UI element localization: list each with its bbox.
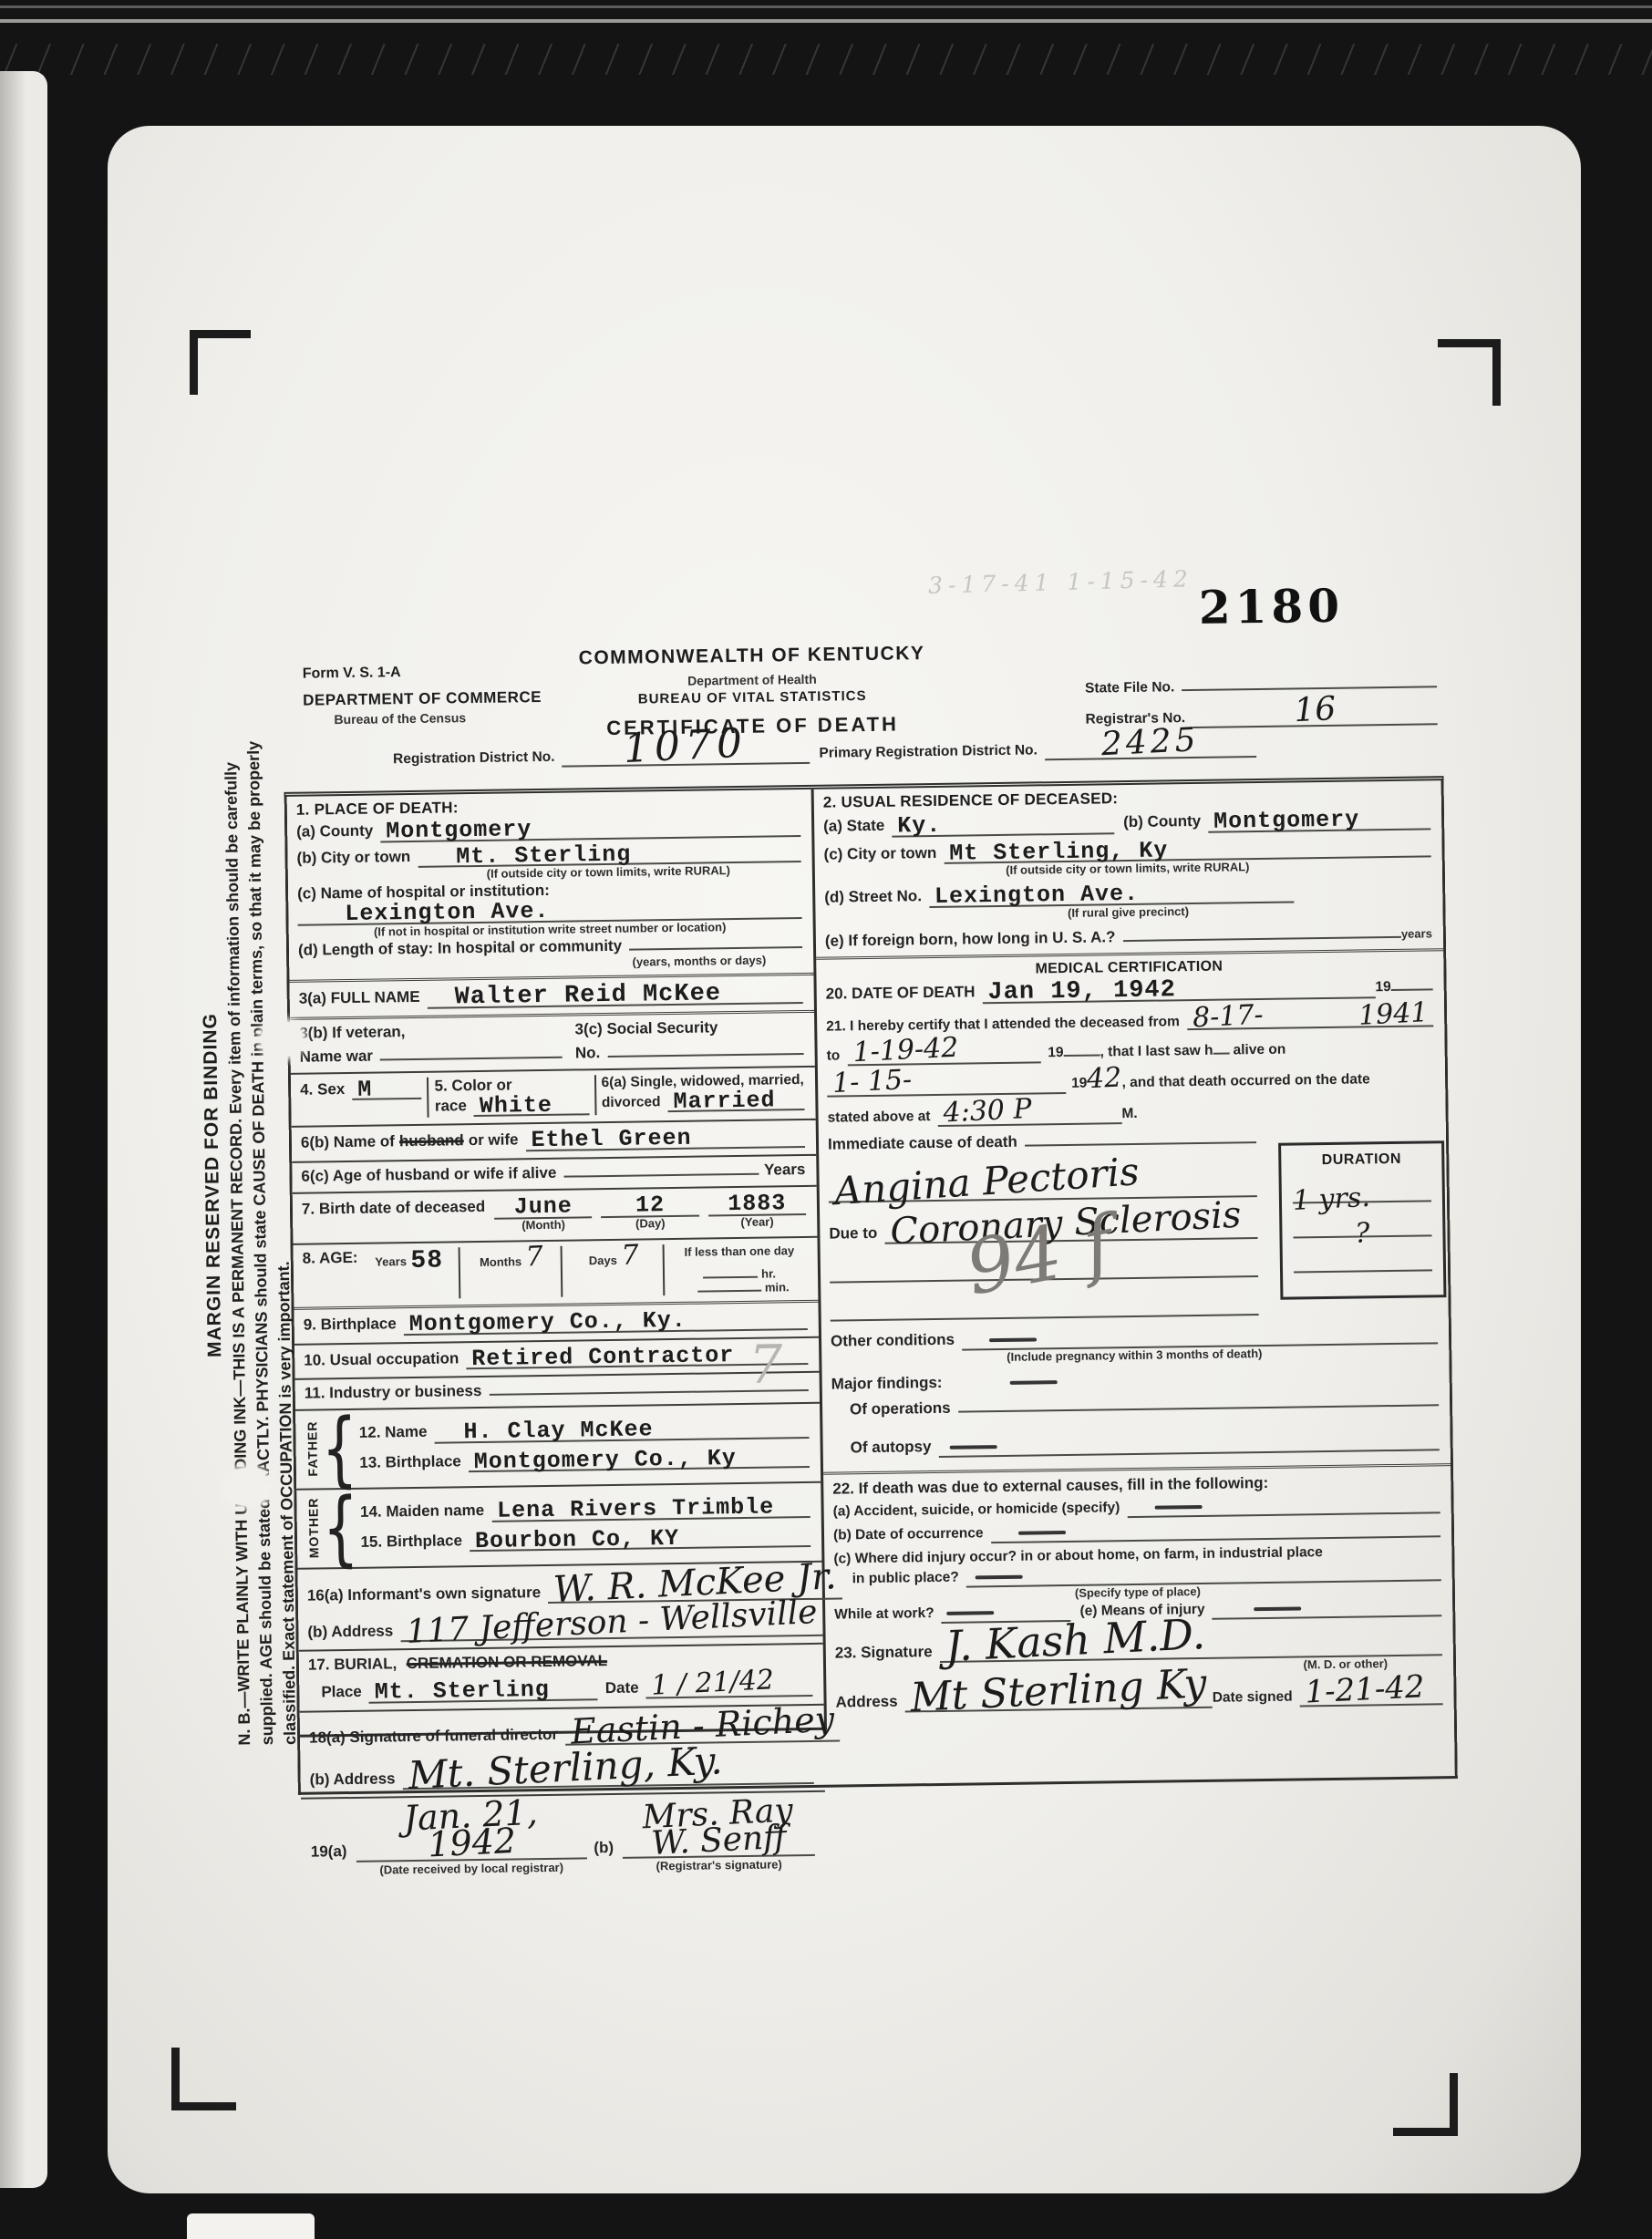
spouse-label-pre: 6(b) Name of	[301, 1133, 395, 1152]
duration-box: DURATION 1 yrs. ?	[1278, 1140, 1446, 1300]
burial-heading: 17. BURIAL,	[308, 1656, 398, 1674]
physician-addr-label: Address	[835, 1692, 897, 1711]
reg-district-label: Registration District No.	[393, 749, 555, 768]
right-column: 2. USUAL RESIDENCE OF DECEASED: (a) Stat…	[814, 780, 1455, 1784]
race-cell: 5. Color or race White	[428, 1075, 596, 1118]
death-certificate-form: MARGIN RESERVED FOR BINDING N. B.—WRITE …	[282, 619, 1458, 1795]
county-label: (a) County	[296, 822, 373, 841]
marital-label-2: divorced	[602, 1094, 661, 1111]
father-birthplace-label: 13. Birthplace	[359, 1452, 461, 1472]
death-time-value: 4:30 P	[937, 1099, 1121, 1127]
scan-hole-artifact	[224, 1468, 270, 1506]
certify-line3: , and that death occurred on the date	[1121, 1071, 1369, 1091]
registrar-b-label: (b)	[594, 1839, 614, 1857]
informant-sig-label: 16(a) Informant's own signature	[307, 1584, 542, 1605]
father-name-label: 12. Name	[359, 1423, 428, 1442]
section-informant: 16(a) Informant's own signature W. R. Mc…	[297, 1563, 822, 1652]
race-label-1: 5. Color or	[434, 1076, 511, 1094]
other-conditions-label: Other conditions	[831, 1331, 955, 1351]
bureau: Bureau of the Census	[334, 709, 542, 727]
age-label: 8. AGE:	[303, 1249, 359, 1301]
dept-of-health: Department of Health	[556, 670, 948, 690]
age-days-label: Days	[589, 1254, 617, 1267]
duration-heading: DURATION	[1281, 1150, 1441, 1169]
date-of-death-suffix: 19	[1375, 978, 1390, 995]
cause-label: Immediate cause of death	[828, 1133, 1017, 1154]
age-months-label: Months	[480, 1255, 521, 1270]
last-seen-year: 42	[1087, 1067, 1122, 1090]
registrar-date-note: (Date received by local registrar)	[379, 1861, 563, 1877]
section-registrar: 19(a) Jan. 21, 1942 (Date received by lo…	[301, 1792, 826, 1886]
burial-place-label: Place	[321, 1683, 362, 1702]
document-page: 3-17-41 1-15-42 MARGIN RESERVED FOR BIND…	[108, 126, 1581, 2193]
mother-birthplace-label: 15. Birthplace	[360, 1532, 462, 1552]
margin-nb-note: N. B.—WRITE PLAINLY WITH UNFADING INK—TH…	[219, 698, 302, 1746]
age-less-cell: If less than one day hr. min.	[672, 1243, 807, 1295]
external-c2-label: in public place?	[852, 1569, 959, 1587]
commonwealth-title: COMMONWEALTH OF KENTUCKY	[555, 643, 947, 670]
marital-value: Married	[667, 1089, 804, 1113]
burial-date-value: 1 / 21/42	[645, 1671, 812, 1699]
pen-dash	[989, 1337, 1037, 1342]
residence-street-label: (d) Street No.	[824, 887, 922, 906]
corner-mark-bottom-right	[1393, 2073, 1458, 2136]
pen-dash	[1154, 1505, 1202, 1510]
section-sex-race-marital: 4. Sex M 5. Color or race White 6(a) Sin…	[291, 1068, 816, 1129]
reg-district-value: 1070	[562, 728, 811, 768]
spouse-age-label: 6(c) Age of husband or wife if alive	[301, 1164, 556, 1186]
residence-foreign-blank	[1122, 930, 1401, 941]
cause-blank	[1025, 1136, 1256, 1147]
section-residence: 2. USUAL RESIDENCE OF DECEASED: (a) Stat…	[814, 780, 1444, 959]
form-number: Form V. S. 1-A	[303, 663, 542, 683]
department: DEPARTMENT OF COMMERCE	[303, 688, 542, 710]
mother-birthplace-value: Bourbon Co, KY	[470, 1525, 811, 1553]
external-a-blank	[1127, 1495, 1440, 1518]
pencil-mark: 7	[749, 1333, 783, 1396]
autopsy-label: Of autopsy	[851, 1438, 932, 1457]
residence-county-value: Montgomery	[1208, 807, 1430, 832]
form-body: 1. PLACE OF DEATH: (a) County Montgomery…	[284, 776, 1458, 1795]
physician-sig-label: 23. Signature	[835, 1643, 933, 1662]
father-birthplace-value: Montgomery Co., Ky	[469, 1446, 810, 1473]
certificate-header: Form V. S. 1-A DEPARTMENT OF COMMERCE Bu…	[282, 619, 1443, 792]
major-findings-label: Major findings:	[831, 1374, 943, 1394]
operations-label: Of operations	[850, 1399, 951, 1419]
form-identifier-block: Form V. S. 1-A DEPARTMENT OF COMMERCE Bu…	[303, 663, 542, 727]
spouse-label-struck: husband	[399, 1132, 464, 1151]
birth-day-cell: 12 (Day)	[601, 1192, 699, 1233]
father-side-label: FATHER	[305, 1421, 320, 1477]
operations-blank	[958, 1398, 1440, 1412]
duration-line3	[1294, 1256, 1432, 1273]
pen-dash	[1254, 1606, 1301, 1611]
birthplace-label: 9. Birthplace	[304, 1316, 397, 1335]
funeral-addr-value: Mt. Sterling, Ky.	[402, 1749, 814, 1790]
ssn-blank	[607, 1047, 803, 1058]
certify-19-label: 19	[1048, 1045, 1063, 1061]
burial-place-value: Mt. Sterling	[369, 1678, 598, 1704]
attended-to-value: 1-19-42	[847, 1037, 1040, 1066]
vital-statistics: BUREAU OF VITAL STATISTICS	[556, 687, 948, 708]
date-of-death-suffix-blank	[1391, 988, 1433, 991]
burial-date-label: Date	[605, 1679, 639, 1698]
birth-month-cell: June (Month)	[494, 1194, 593, 1234]
spouse-age-unit: Years	[764, 1161, 806, 1180]
autopsy-blank	[938, 1432, 1439, 1458]
spouse-value: Ethel Green	[525, 1125, 805, 1151]
section-birth-date: 7. Birth date of deceased June (Month) 1…	[293, 1187, 818, 1246]
race-value: White	[474, 1093, 589, 1117]
ssn-label: 3(c) Social Security	[574, 1017, 803, 1038]
date-signed-label: Date signed	[1213, 1688, 1293, 1706]
stay-blank	[629, 941, 802, 951]
registration-district-line: Registration District No. 1070 Primary R…	[393, 720, 1359, 769]
age-min-label: min.	[765, 1281, 790, 1295]
pen-dash	[1010, 1380, 1058, 1385]
title-block: COMMONWEALTH OF KENTUCKY Department of H…	[555, 643, 948, 741]
sex-label: 4. Sex	[300, 1080, 345, 1099]
scan-hole-artifact	[261, 1021, 303, 1058]
age-years-label: Years	[375, 1254, 407, 1268]
lastseen-19-label: 19	[1071, 1075, 1087, 1091]
film-edge-line	[0, 19, 1652, 23]
cause-block: Immediate cause of death Angina Pectoris…	[828, 1130, 1259, 1322]
file-stamp-number: 2180	[1198, 579, 1344, 635]
corner-mark-top-left	[190, 330, 251, 395]
section-occupation: 10. Usual occupation Retired Contractor …	[294, 1338, 819, 1381]
pencil-annotation: 3-17-41 1-15-42	[928, 565, 1193, 599]
veteran-war-blank	[380, 1050, 563, 1060]
work-label: While at work?	[834, 1605, 934, 1624]
attended-from-value: 8-17- 1941	[1187, 1003, 1434, 1030]
registrar-sig-cell: Mrs. Ray W. Senff (Registrar's signature…	[622, 1800, 815, 1875]
external-a-label: (a) Accident, suicide, or homicide (spec…	[833, 1500, 1120, 1520]
residence-foreign-label: (e) If foreign born, how long in U. S. A…	[825, 928, 1116, 950]
burial-heading-struck: CREMATION OR REMOVAL	[407, 1652, 608, 1672]
due-to-label: Due to	[829, 1224, 877, 1243]
next-frame-edge	[187, 2213, 315, 2239]
certify-lastsaw-label: , that I last saw h	[1100, 1043, 1213, 1061]
funeral-addr-label: (b) Address	[310, 1770, 396, 1789]
means-blank	[1212, 1598, 1441, 1620]
certify-to-label: to	[827, 1047, 841, 1064]
residence-state-label: (a) State	[823, 817, 884, 836]
age-days-cell: Days 7	[572, 1244, 666, 1296]
m-label: M.	[1121, 1106, 1137, 1122]
residence-foreign-unit: years	[1401, 926, 1432, 940]
age-months-cell: Months 7	[470, 1246, 563, 1298]
race-label-2: race	[435, 1097, 467, 1115]
mother-name-label: 14. Maiden name	[360, 1501, 484, 1522]
scanned-microfilm-frame: { "stamp": { "number": "2180" }, "header…	[0, 0, 1652, 2239]
birth-day-note: (Day)	[635, 1216, 666, 1230]
veteran-block: 3(b) If veteran, Name war	[299, 1020, 563, 1066]
section-medical: MEDICAL CERTIFICATION 20. DATE OF DEATH …	[816, 951, 1453, 1714]
certify-h-blank	[1213, 1052, 1230, 1054]
county-value: Montgomery	[380, 814, 800, 842]
certify-line1: 21. I hereby certify that I attended the…	[826, 1014, 1180, 1035]
informant-addr-value: 117 Jefferson - Wellsville	[400, 1607, 823, 1642]
father-name-value: H. Clay McKee	[434, 1416, 809, 1443]
birth-year-note: (Year)	[740, 1215, 773, 1230]
mother-name-value: Lena Rivers Trimble	[491, 1495, 811, 1522]
duration-line1: 1 yrs.	[1293, 1187, 1431, 1203]
sex-cell: 4. Sex M	[300, 1078, 429, 1119]
section-age: 8. AGE: Years 58 Months 7 Days 7	[294, 1238, 819, 1310]
external-heading: 22. If death was due to external causes,…	[832, 1471, 1440, 1498]
section-father: FATHER { 12. Name H. Clay McKee 13. Birt…	[295, 1404, 821, 1491]
age-min-blank	[697, 1290, 761, 1293]
date-signed-value: 1-21-42	[1299, 1677, 1442, 1707]
birth-month-note: (Month)	[521, 1218, 565, 1233]
corner-mark-top-right	[1438, 339, 1501, 406]
marital-cell: 6(a) Single, widowed, married, divorced …	[595, 1072, 804, 1116]
section-funeral-director: 18(a) Signature of funeral director East…	[300, 1706, 825, 1800]
age-less-label: If less than one day	[684, 1243, 794, 1259]
pen-dash	[947, 1611, 995, 1615]
birth-year-cell: 1883 (Year)	[707, 1192, 806, 1232]
pen-dash	[976, 1574, 1023, 1579]
veteran-war-label: Name war	[300, 1047, 374, 1066]
state-file-label: State File No.	[1085, 679, 1174, 696]
section-place-of-death: 1. PLACE OF DEATH: (a) County Montgomery…	[287, 789, 814, 983]
spouse-label-post: or wife	[469, 1131, 519, 1150]
occupation-label: 10. Usual occupation	[304, 1349, 459, 1369]
section-veteran-ssn: 3(b) If veteran, Name war 3(c) Social Se…	[290, 1013, 815, 1075]
state-file-blank	[1182, 680, 1437, 691]
date-of-death-label: 20. DATE OF DEATH	[826, 983, 976, 1003]
pen-dash	[1017, 1531, 1065, 1535]
external-b-blank	[990, 1519, 1440, 1543]
ssn-no-label: No.	[575, 1044, 601, 1062]
residence-county-label: (b) County	[1123, 812, 1201, 831]
sex-value: M	[352, 1078, 422, 1101]
age-years-cell: Years 58	[367, 1248, 460, 1300]
registrar-label: 19(a)	[311, 1842, 347, 1862]
funeral-sig-label: 18(a) Signature of funeral director	[309, 1726, 558, 1748]
corner-mark-bottom-left	[171, 2048, 236, 2110]
primary-district-label: Primary Registration District No.	[819, 742, 1038, 761]
certify-19-blank	[1064, 1054, 1100, 1057]
primary-district-value: 2425	[1045, 728, 1256, 760]
full-name-label: 3(a) FULL NAME	[299, 987, 420, 1007]
external-b-label: (b) Date of occurrence	[833, 1525, 984, 1543]
duration-line2: ?	[1293, 1222, 1431, 1238]
left-column: 1. PLACE OF DEATH: (a) County Montgomery…	[287, 789, 827, 1738]
stated-above-label: stated above at	[828, 1109, 931, 1127]
certify-aliveon-label: alive on	[1233, 1041, 1285, 1058]
cause-extra-line2	[831, 1305, 1259, 1322]
pen-dash	[949, 1445, 996, 1450]
full-name-value: Walter Reid McKee	[427, 980, 802, 1009]
age-hr-label: hr.	[761, 1267, 776, 1281]
city-label: (b) City or town	[296, 847, 410, 867]
section-mother: MOTHER { 14. Maiden name Lena Rivers Tri…	[296, 1483, 821, 1570]
veteran-label: 3(b) If veteran,	[299, 1020, 563, 1042]
mother-brace: {	[322, 1480, 359, 1576]
informant-addr-label: (b) Address	[307, 1623, 393, 1642]
mother-side-label: MOTHER	[305, 1498, 321, 1559]
film-edge-line	[0, 5, 1652, 8]
date-of-death-value: Jan 19, 1942	[982, 975, 1375, 1004]
physician-addr-value: Mt Sterling Ky	[904, 1673, 1213, 1713]
birthplace-value: Montgomery Co., Ky.	[404, 1307, 808, 1336]
ssn-block: 3(c) Social Security No.	[574, 1017, 803, 1062]
residence-state-value: Ky.	[892, 811, 1114, 837]
adjacent-page-fragment	[0, 71, 47, 2188]
birth-date-label: 7. Birth date of deceased	[302, 1198, 485, 1219]
film-scratches	[0, 44, 1652, 75]
age-hr-blank	[703, 1276, 758, 1279]
registrar-date-cell: Jan. 21, 1942 (Date received by local re…	[356, 1800, 587, 1879]
residence-city-label: (c) City or town	[823, 843, 936, 863]
spouse-age-blank	[563, 1167, 759, 1177]
